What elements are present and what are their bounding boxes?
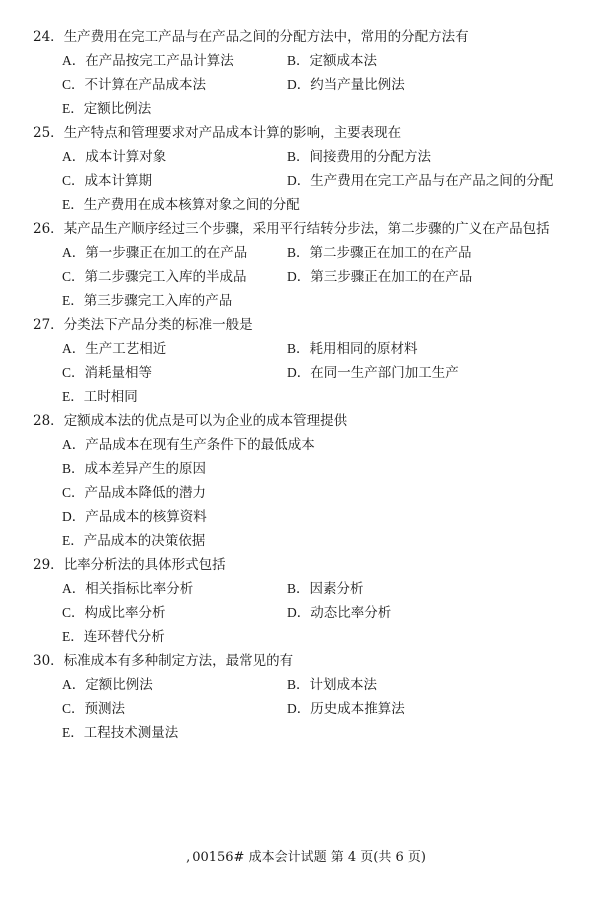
- option-text: 第三步骤完工入库的产品: [84, 293, 233, 309]
- option-letter: C．: [62, 481, 85, 505]
- option-text: 动态比率分析: [310, 605, 391, 621]
- option-text: 生产工艺相近: [85, 341, 166, 357]
- option-a: A．产品成本在现有生产条件下的最低成本: [62, 433, 315, 457]
- option-text: 计划成本法: [310, 677, 378, 693]
- option-letter: D．: [287, 697, 310, 721]
- option-text: 预测法: [85, 701, 126, 717]
- option-letter: D．: [62, 505, 85, 529]
- option-text: 构成比率分析: [85, 605, 166, 621]
- option-letter: A．: [62, 49, 85, 73]
- option-a: A．在产品按完工产品计算法: [62, 49, 287, 73]
- option-d: D．在同一生产部门加工生产: [287, 361, 459, 385]
- option-b: B．耗用相同的原材料: [287, 337, 418, 361]
- page-footer: ,00156# 成本会计试题 第 4 页(共 6 页): [0, 848, 612, 868]
- option-letter: A．: [62, 241, 85, 265]
- option-letter: B．: [62, 457, 85, 481]
- option-text: 产品成本在现有生产条件下的最低成本: [85, 437, 315, 453]
- option-a: A．成本计算对象: [62, 145, 287, 169]
- option-b: B．第二步骤正在加工的在产品: [287, 241, 472, 265]
- option-c: C．不计算在产品成本法: [62, 73, 287, 97]
- option-letter: A．: [62, 577, 85, 601]
- option-letter: E．: [62, 721, 84, 745]
- option-a: A．第一步骤正在加工的在产品: [62, 241, 287, 265]
- option-letter: B．: [287, 49, 310, 73]
- question-text: 比率分析法的具体形式包括: [64, 553, 226, 577]
- option-letter: C．: [62, 73, 85, 97]
- question-stem: 28． 定额成本法的优点是可以为企业的成本管理提供: [33, 409, 598, 433]
- option-text: 定额成本法: [310, 53, 378, 69]
- question-text: 定额成本法的优点是可以为企业的成本管理提供: [64, 409, 348, 433]
- option-letter: E．: [62, 193, 84, 217]
- question-text: 生产费用在完工产品与在产品之间的分配方法中，常用的分配方法有: [64, 25, 469, 49]
- option-d: D．第三步骤正在加工的在产品: [287, 265, 472, 289]
- question-text: 分类法下产品分类的标准一般是: [64, 313, 253, 337]
- option-b: B．间接费用的分配方法: [287, 145, 431, 169]
- question-number: 29．: [33, 553, 64, 577]
- option-letter: A．: [62, 673, 85, 697]
- question-stem: 25． 生产特点和管理要求对产品成本计算的影响，主要表现在: [33, 121, 598, 145]
- option-text: 间接费用的分配方法: [310, 149, 432, 165]
- option-text: 生产费用在成本核算对象之间的分配: [84, 197, 300, 213]
- option-c: C．构成比率分析: [62, 601, 287, 625]
- option-c: C．成本计算期: [62, 169, 287, 193]
- option-text: 工时相同: [84, 389, 138, 405]
- option-text: 因素分析: [310, 581, 364, 597]
- question-26: 26． 某产品生产顺序经过三个步骤，采用平行结转分步法，第二步骤的广义在产品包括…: [33, 217, 598, 313]
- options: A．第一步骤正在加工的在产品 B．第二步骤正在加工的在产品 C．第二步骤完工入库…: [62, 241, 598, 313]
- option-letter: E．: [62, 385, 84, 409]
- question-stem: 27． 分类法下产品分类的标准一般是: [33, 313, 598, 337]
- option-d: D．历史成本推算法: [287, 697, 405, 721]
- question-number: 27．: [33, 313, 64, 337]
- option-text: 成本计算对象: [85, 149, 166, 165]
- question-number: 28．: [33, 409, 64, 433]
- options: A．成本计算对象 B．间接费用的分配方法 C．成本计算期 D．生产费用在完工产品…: [62, 145, 598, 217]
- option-letter: D．: [287, 73, 310, 97]
- option-b: B．定额成本法: [287, 49, 377, 73]
- option-letter: A．: [62, 145, 85, 169]
- option-text: 第二步骤正在加工的在产品: [310, 245, 472, 261]
- option-letter: B．: [287, 673, 310, 697]
- question-number: 26．: [33, 217, 64, 241]
- option-text: 约当产量比例法: [310, 77, 405, 93]
- option-letter: E．: [62, 529, 84, 553]
- option-c: C．预测法: [62, 697, 287, 721]
- option-letter: D．: [287, 169, 310, 193]
- option-a: A．生产工艺相近: [62, 337, 287, 361]
- option-text: 定额比例法: [85, 677, 153, 693]
- options: A．在产品按完工产品计算法 B．定额成本法 C．不计算在产品成本法 D．约当产量…: [62, 49, 598, 121]
- option-c: C．第二步骤完工入库的半成品: [62, 265, 287, 289]
- footer-mark: ,: [186, 850, 190, 865]
- option-letter: B．: [287, 145, 310, 169]
- option-letter: D．: [287, 601, 310, 625]
- option-a: A．定额比例法: [62, 673, 287, 697]
- question-27: 27． 分类法下产品分类的标准一般是 A．生产工艺相近 B．耗用相同的原材料 C…: [33, 313, 598, 409]
- option-text: 消耗量相等: [85, 365, 153, 381]
- option-letter: A．: [62, 337, 85, 361]
- option-b: B．因素分析: [287, 577, 364, 601]
- option-d: D．生产费用在完工产品与在产品之间的分配: [287, 169, 553, 193]
- option-text: 生产费用在完工产品与在产品之间的分配: [310, 173, 553, 189]
- question-stem: 30． 标准成本有多种制定方法，最常见的有: [33, 649, 598, 673]
- option-letter: C．: [62, 361, 85, 385]
- option-text: 相关指标比率分析: [85, 581, 193, 597]
- option-letter: B．: [287, 337, 310, 361]
- option-text: 不计算在产品成本法: [85, 77, 207, 93]
- question-text: 生产特点和管理要求对产品成本计算的影响，主要表现在: [64, 121, 402, 145]
- question-text: 标准成本有多种制定方法，最常见的有: [64, 649, 294, 673]
- option-letter: C．: [62, 697, 85, 721]
- question-text: 某产品生产顺序经过三个步骤，采用平行结转分步法，第二步骤的广义在产品包括: [64, 217, 550, 241]
- question-28: 28． 定额成本法的优点是可以为企业的成本管理提供 A．产品成本在现有生产条件下…: [33, 409, 598, 553]
- question-stem: 29． 比率分析法的具体形式包括: [33, 553, 598, 577]
- option-e: E．第三步骤完工入库的产品: [62, 289, 232, 313]
- question-29: 29． 比率分析法的具体形式包括 A．相关指标比率分析 B．因素分析 C．构成比…: [33, 553, 598, 649]
- option-letter: E．: [62, 625, 84, 649]
- question-number: 25．: [33, 121, 64, 145]
- option-letter: B．: [287, 577, 310, 601]
- option-letter: C．: [62, 601, 85, 625]
- option-text: 历史成本推算法: [310, 701, 405, 717]
- option-e: E．工程技术测量法: [62, 721, 178, 745]
- option-d: D．动态比率分析: [287, 601, 391, 625]
- option-letter: D．: [287, 265, 310, 289]
- option-c: C．消耗量相等: [62, 361, 287, 385]
- option-letter: B．: [287, 241, 310, 265]
- option-text: 连环替代分析: [84, 629, 165, 645]
- question-number: 24．: [33, 25, 64, 49]
- option-letter: D．: [287, 361, 310, 385]
- options: A．相关指标比率分析 B．因素分析 C．构成比率分析 D．动态比率分析 E．连环…: [62, 577, 598, 649]
- option-text: 产品成本降低的潜力: [85, 485, 207, 501]
- exam-page: 24． 生产费用在完工产品与在产品之间的分配方法中，常用的分配方法有 A．在产品…: [0, 0, 612, 905]
- option-d: D．产品成本的核算资料: [62, 505, 207, 529]
- option-letter: E．: [62, 97, 84, 121]
- option-text: 在产品按完工产品计算法: [85, 53, 234, 69]
- option-b: B．计划成本法: [287, 673, 377, 697]
- option-text: 耗用相同的原材料: [310, 341, 418, 357]
- option-d: D．约当产量比例法: [287, 73, 405, 97]
- option-text: 工程技术测量法: [84, 725, 179, 741]
- option-e: E．生产费用在成本核算对象之间的分配: [62, 193, 300, 217]
- option-e: E．连环替代分析: [62, 625, 165, 649]
- option-letter: C．: [62, 265, 85, 289]
- question-number: 30．: [33, 649, 64, 673]
- options: A．产品成本在现有生产条件下的最低成本 B．成本差异产生的原因 C．产品成本降低…: [62, 433, 598, 553]
- question-24: 24． 生产费用在完工产品与在产品之间的分配方法中，常用的分配方法有 A．在产品…: [33, 25, 598, 121]
- option-letter: C．: [62, 169, 85, 193]
- option-a: A．相关指标比率分析: [62, 577, 287, 601]
- question-30: 30． 标准成本有多种制定方法，最常见的有 A．定额比例法 B．计划成本法 C．…: [33, 649, 598, 745]
- option-e: E．产品成本的决策依据: [62, 529, 205, 553]
- option-text: 成本差异产生的原因: [85, 461, 207, 477]
- question-stem: 24． 生产费用在完工产品与在产品之间的分配方法中，常用的分配方法有: [33, 25, 598, 49]
- option-text: 第二步骤完工入库的半成品: [85, 269, 247, 285]
- option-text: 在同一生产部门加工生产: [310, 365, 459, 381]
- option-e: E．工时相同: [62, 385, 138, 409]
- option-b: B．成本差异产生的原因: [62, 457, 206, 481]
- option-text: 第一步骤正在加工的在产品: [85, 245, 247, 261]
- option-text: 定额比例法: [84, 101, 152, 117]
- option-text: 第三步骤正在加工的在产品: [310, 269, 472, 285]
- option-text: 产品成本的决策依据: [84, 533, 206, 549]
- option-c: C．产品成本降低的潜力: [62, 481, 206, 505]
- option-text: 产品成本的核算资料: [85, 509, 207, 525]
- option-e: E．定额比例法: [62, 97, 151, 121]
- option-letter: A．: [62, 433, 85, 457]
- option-letter: E．: [62, 289, 84, 313]
- footer-text: 00156# 成本会计试题 第 4 页(共 6 页): [192, 850, 426, 865]
- options: A．生产工艺相近 B．耗用相同的原材料 C．消耗量相等 D．在同一生产部门加工生…: [62, 337, 598, 409]
- question-stem: 26． 某产品生产顺序经过三个步骤，采用平行结转分步法，第二步骤的广义在产品包括: [33, 217, 598, 241]
- option-text: 成本计算期: [85, 173, 153, 189]
- question-25: 25． 生产特点和管理要求对产品成本计算的影响，主要表现在 A．成本计算对象 B…: [33, 121, 598, 217]
- options: A．定额比例法 B．计划成本法 C．预测法 D．历史成本推算法 E．工程技术测量…: [62, 673, 598, 745]
